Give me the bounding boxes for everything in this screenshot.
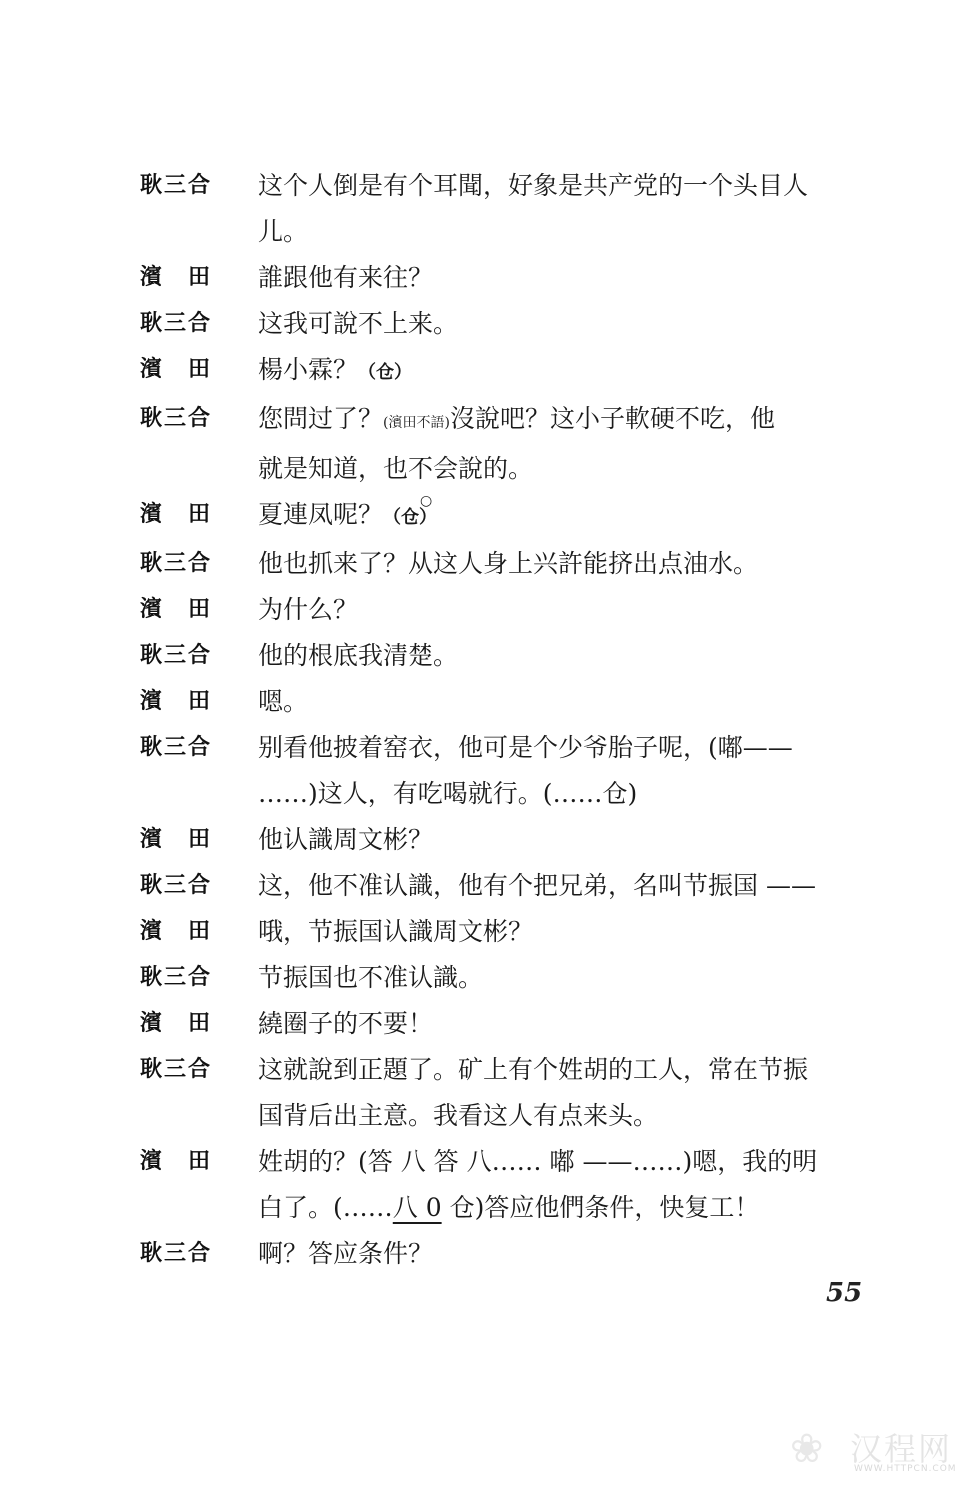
speaker-name: 耿三合 [140, 1047, 258, 1093]
dialogue-continuation: ……)这人，有吃喝就行。(……仓) [140, 771, 900, 817]
dialogue-line: 耿三合 这，他不准认識，他有个把兄弟，名叫节振国 —— [140, 863, 900, 909]
speaker-name: 濱 田 [140, 909, 258, 955]
dialogue-line: 耿三合 别看他披着窑衣，他可是个少爷胎子呢，(嘟—— [140, 725, 900, 771]
dialogue-line: 耿三合 这个人倒是有个耳聞，好象是共产党的一个头目人 [140, 163, 900, 209]
speaker-name: 濱 田 [140, 817, 258, 863]
dialogue-line: 濱 田 为什么？ [140, 587, 900, 633]
dialogue-line: 濱 田 繞圈子的不要！ [140, 1001, 900, 1047]
dialogue-text: 别看他披着窑衣，他可是个少爷胎子呢，(嘟—— [258, 725, 900, 771]
dialogue-text: 繞圈子的不要！ [258, 1001, 900, 1047]
dialogue-text: 这，他不准认識，他有个把兄弟，名叫节振国 —— [258, 863, 900, 909]
dialogue-text: 这我可說不上来。 [258, 301, 900, 347]
dialogue-line: 耿三合 您問过了？(濱田不語)沒說吧？这小子軟硬不吃，他 [140, 396, 900, 446]
play-script: 耿三合 这个人倒是有个耳聞，好象是共产党的一个头目人 儿。 濱 田 誰跟他有来往… [140, 163, 900, 1277]
speaker-name: 耿三合 [140, 163, 258, 209]
speaker-name: 耿三合 [140, 301, 258, 347]
dialogue-continuation: 国背后出主意。我看这人有点来头。 [140, 1093, 900, 1139]
gong-mark: （仓） [358, 362, 412, 383]
dialogue-text: 为什么？ [258, 587, 900, 633]
underlined-beat: 八 0 [393, 1193, 442, 1222]
speaker-name: 濱 田 [140, 255, 258, 301]
dialogue-line: 耿三合 他的根底我清楚。 [140, 633, 900, 679]
dialogue-text: 节振国也不准认識。 [258, 955, 900, 1001]
dialogue-text: 楊小霖？（仓） [258, 347, 900, 396]
dialogue-text: 啊？答应条件？ [258, 1231, 900, 1277]
dialogue-line: 耿三合 节振国也不准认識。 [140, 955, 900, 1001]
dialogue-line: 耿三合 他也抓来了？从这人身上兴許能挤出点油水。 [140, 541, 900, 587]
book-page: 耿三合 这个人倒是有个耳聞，好象是共产党的一个头目人 儿。 濱 田 誰跟他有来往… [0, 0, 974, 1494]
dialogue-text: 这个人倒是有个耳聞，好象是共产党的一个头目人 [258, 163, 900, 209]
speaker-name: 耿三合 [140, 541, 258, 587]
dialogue-line: 濱 田 他认識周文彬？ [140, 817, 900, 863]
speaker-name: 耿三合 [140, 725, 258, 771]
watermark-url: WWW.HTTPCN.COM [854, 1464, 957, 1474]
watermark: ❀ 汉程网 WWW.HTTPCN.COM [790, 1420, 970, 1490]
dialogue-text: 这就說到正題了。矿上有个姓胡的工人，常在节振 [258, 1047, 900, 1093]
speaker-name: 濱 田 [140, 1139, 258, 1185]
dialogue-line: 濱 田 誰跟他有来往？ [140, 255, 900, 301]
dialogue-text: 嗯。 [258, 679, 900, 725]
dialogue-text: 誰跟他有来往？ [258, 255, 900, 301]
dialogue-line: 濱 田 嗯。 [140, 679, 900, 725]
speaker-name: 濱 田 [140, 679, 258, 725]
dialogue-continuation: 儿。 [140, 209, 900, 255]
speaker-name: 耿三合 [140, 633, 258, 679]
emphasis-dot: ○ [420, 478, 432, 524]
dialogue-text: 姓胡的？(答 八 答 八…… 嘟 ——……)嗯，我的明 [258, 1139, 900, 1185]
dialogue-continuation: 白了。(……八 0 仓)答应他們条件，快复工！ [140, 1185, 900, 1231]
dialogue-text: 他也抓来了？从这人身上兴許能挤出点油水。 [258, 541, 900, 587]
dialogue-continuation: 就是知道，也不会說的。 [140, 446, 900, 492]
speaker-name: 耿三合 [140, 1231, 258, 1277]
dialogue-line: 濱 田 姓胡的？(答 八 答 八…… 嘟 ——……)嗯，我的明 [140, 1139, 900, 1185]
dialogue-text: 他的根底我清楚。 [258, 633, 900, 679]
dialogue-line: 濱 田 楊小霖？（仓） [140, 347, 900, 396]
speaker-name: 耿三合 [140, 863, 258, 909]
dialogue-text: 他认識周文彬？ [258, 817, 900, 863]
speaker-name: 耿三合 [140, 396, 258, 442]
dialogue-text: 哦，节振国认識周文彬？ [258, 909, 900, 955]
dialogue-line: 耿三合 这我可說不上来。 [140, 301, 900, 347]
page-number: 55 [826, 1278, 862, 1308]
speaker-name: 濱 田 [140, 492, 258, 538]
speaker-name: 濱 田 [140, 587, 258, 633]
dialogue-text: 夏連凤呢？（仓） [258, 492, 900, 541]
dialogue-line: 耿三合 啊？答应条件？ [140, 1231, 900, 1277]
dragon-logo-icon: ❀ [790, 1426, 824, 1472]
dialogue-line: 濱 田 哦，节振国认識周文彬？ [140, 909, 900, 955]
dialogue-line: ○ 濱 田 夏連凤呢？（仓） [140, 492, 900, 541]
dialogue-text: 您問过了？(濱田不語)沒說吧？这小子軟硬不吃，他 [258, 396, 900, 446]
speaker-name: 耿三合 [140, 955, 258, 1001]
dialogue-line: 耿三合 这就說到正題了。矿上有个姓胡的工人，常在节振 [140, 1047, 900, 1093]
speaker-name: 濱 田 [140, 1001, 258, 1047]
speaker-name: 濱 田 [140, 347, 258, 393]
stage-direction: (濱田不語) [383, 415, 450, 431]
